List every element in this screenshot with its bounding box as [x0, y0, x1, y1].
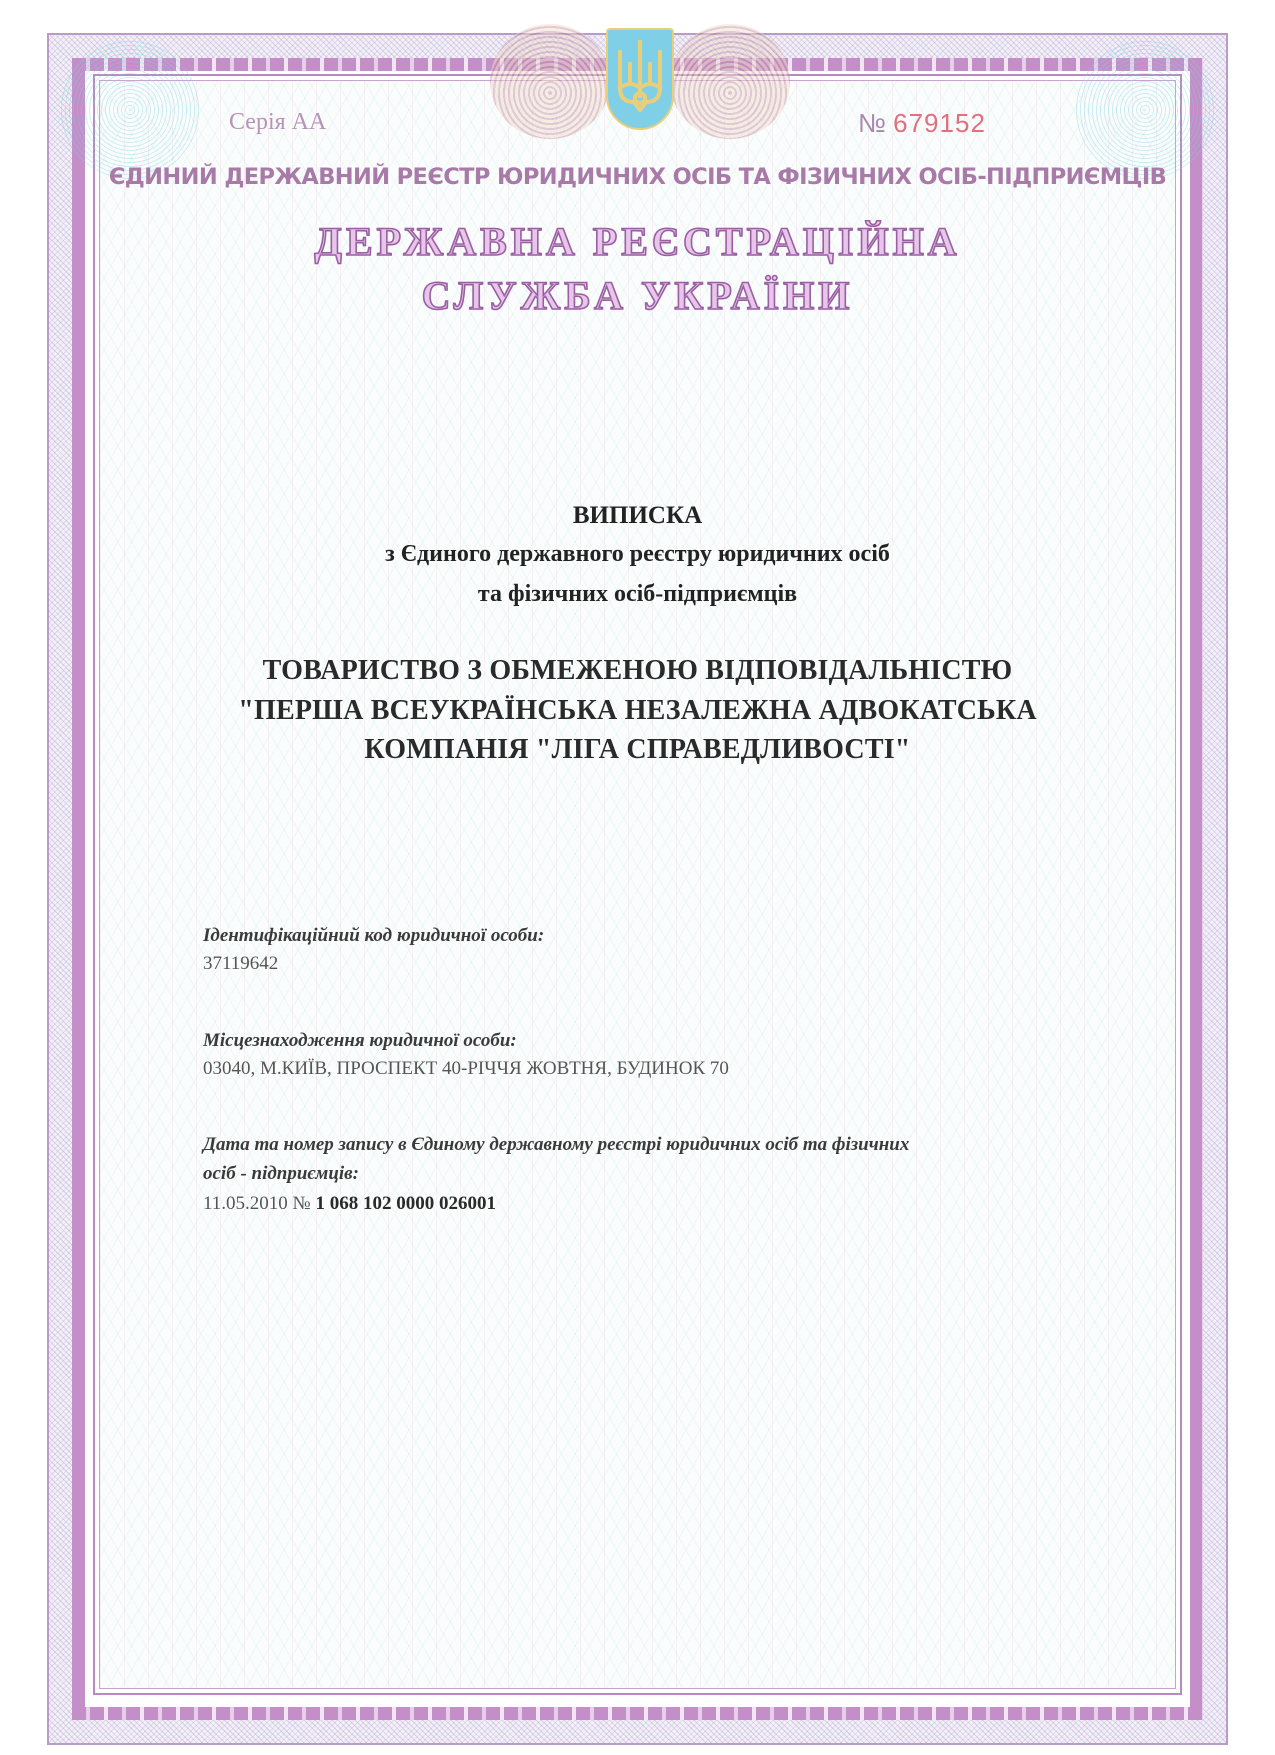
id-code-value: 37119642 [203, 953, 278, 975]
inner-frame-line-thin [99, 80, 1176, 1689]
record-number-symbol: № [293, 1193, 311, 1214]
record-label-line-2: осіб - підприємців: [203, 1163, 359, 1185]
record-label-line-1: Дата та номер запису в Єдиному державном… [203, 1134, 909, 1156]
extract-subtitle-line-1: з Єдиного державного реєстру юридичних о… [0, 541, 1275, 568]
series-label: Серія АА [229, 109, 326, 136]
record-value: 11.05.2010 № 1 068 102 0000 026001 [203, 1193, 496, 1215]
extract-subtitle-line-2: та фізичних осіб-підприємців [0, 581, 1275, 608]
id-code-label: Ідентифікаційний код юридичної особи: [203, 925, 544, 947]
acanthus-ornament-icon [490, 24, 610, 139]
record-number: 1 068 102 0000 026001 [315, 1193, 496, 1214]
company-name-line-3: КОМПАНІЯ "ЛІГА СПРАВЕДЛИВОСТІ" [0, 734, 1275, 766]
number-value: 679152 [893, 108, 986, 138]
record-date: 11.05.2010 [203, 1193, 288, 1214]
coat-of-arms [560, 14, 720, 154]
registry-title: ЄДИНИЙ ДЕРЖАВНИЙ РЕЄСТР ЮРИДИЧНИХ ОСІБ Т… [0, 164, 1275, 190]
certificate-page: Серія АА № 679152 ЄДИНИЙ ДЕРЖАВНИЙ РЕЄСТ… [0, 0, 1275, 1755]
agency-title-line-2: СЛУЖБА УКРАЇНИ [0, 272, 1275, 319]
acanthus-ornament-icon [670, 24, 790, 139]
company-name-line-2: "ПЕРША ВСЕУКРАЇНСЬКА НЕЗАЛЕЖНА АДВОКАТСЬ… [0, 695, 1275, 727]
address-value: 03040, М.КИЇВ, ПРОСПЕКТ 40-РІЧЧЯ ЖОВТНЯ,… [203, 1058, 729, 1080]
extract-title: ВИПИСКА [0, 502, 1275, 530]
company-name-line-1: ТОВАРИСТВО З ОБМЕЖЕНОЮ ВІДПОВІДАЛЬНІСТЮ [0, 655, 1275, 687]
corner-rosette-icon [60, 40, 200, 180]
trident-shield-icon [606, 28, 674, 130]
corner-rosette-icon [1075, 40, 1215, 180]
form-number: № 679152 [858, 108, 986, 139]
agency-title-line-1: ДЕРЖАВНА РЕЄСТРАЦІЙНА [0, 218, 1275, 265]
address-label: Місцезнаходження юридичної особи: [203, 1030, 517, 1052]
number-symbol: № [858, 108, 886, 138]
